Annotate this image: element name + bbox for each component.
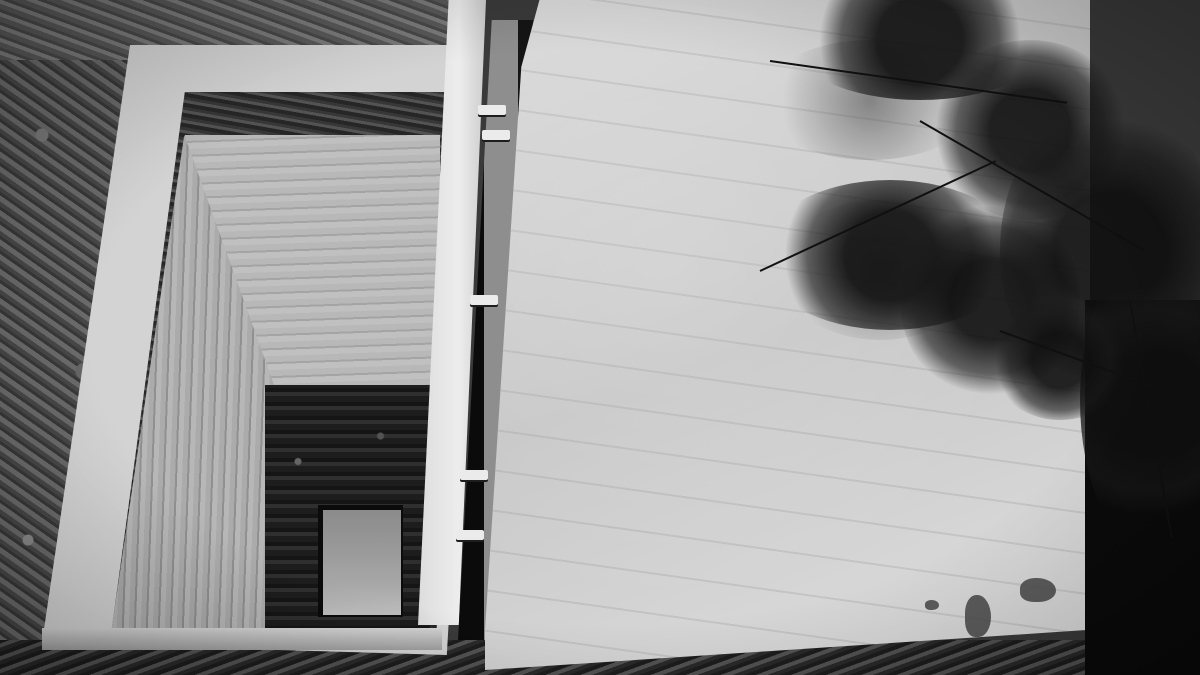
lid-stain — [965, 595, 991, 637]
hinge-icon — [482, 130, 510, 140]
lid-stain — [1020, 578, 1056, 602]
hinge-icon — [470, 295, 498, 305]
hinge-icon — [460, 470, 488, 480]
hinge-icon — [478, 105, 506, 115]
hinge-icon — [456, 530, 484, 540]
lid-stain — [925, 600, 939, 610]
photograph — [0, 0, 1200, 675]
fir-branches — [700, 0, 1200, 560]
box-bottom-frame — [42, 628, 442, 650]
block-on-floor — [318, 505, 403, 617]
